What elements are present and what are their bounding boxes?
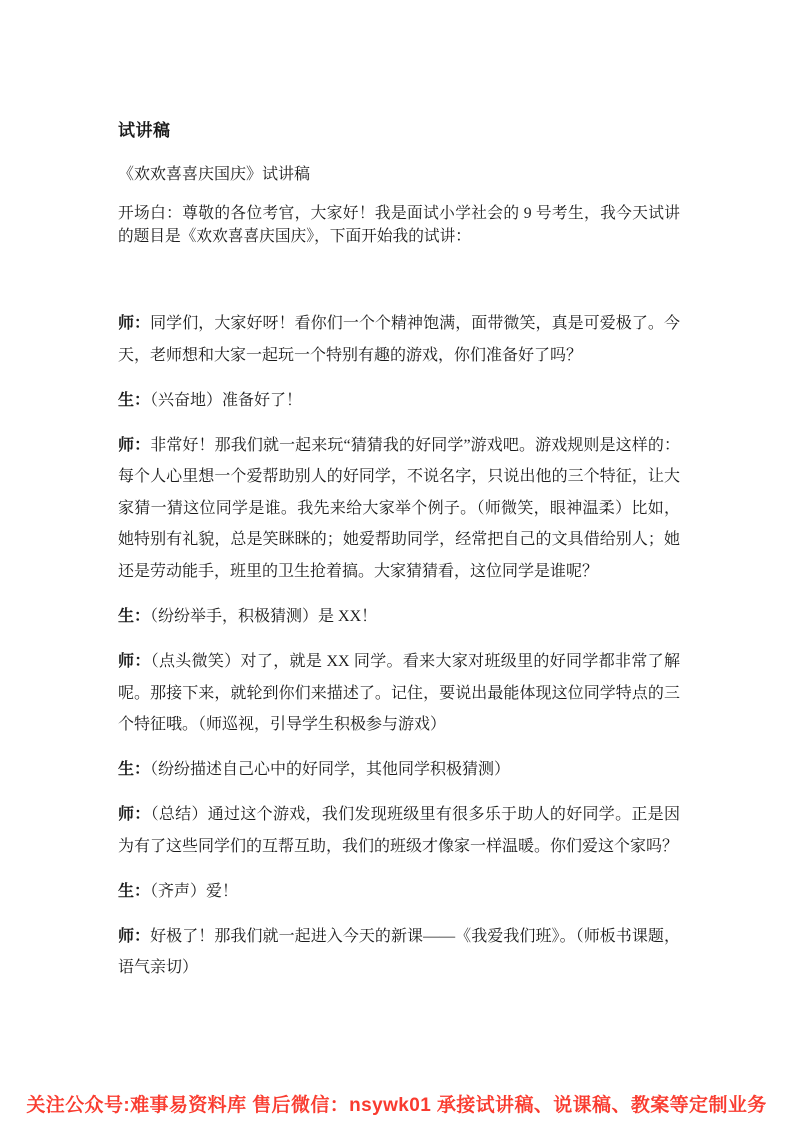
dialog-text: （齐声）爱！ — [150, 883, 238, 900]
speaker-label: 师： — [118, 437, 150, 454]
dialog-row: 师：好极了！那我们就一起进入今天的新课——《我爱我们班》。（师板书课题，语气亲切… — [118, 921, 680, 984]
dialog-text: （总结）通过这个游戏，我们发现班级里有很多乐于助人的好同学。正是因为有了这些同学… — [118, 806, 680, 855]
doc-heading: 试讲稿 — [118, 120, 680, 142]
footer-banner: 关注公众号:难事易资料库 售后微信：nsywk01 承接试讲稿、说课稿、教案等定… — [0, 1090, 793, 1117]
dialog-row: 师：非常好！那我们就一起来玩“猜猜我的好同学”游戏吧。游戏规则是这样的：每个人心… — [118, 430, 680, 588]
dialog-row: 生：（齐声）爱！ — [118, 876, 680, 908]
dialog-row: 生：（兴奋地）准备好了！ — [118, 385, 680, 417]
speaker-label: 生： — [118, 761, 150, 778]
dialog-row: 师：（总结）通过这个游戏，我们发现班级里有很多乐于助人的好同学。正是因为有了这些… — [118, 799, 680, 862]
dialog-text: （纷纷描述自己心中的好同学，其他同学积极猜测） — [150, 761, 510, 778]
dialog-text: 非常好！那我们就一起来玩“猜猜我的好同学”游戏吧。游戏规则是这样的：每个人心里想… — [118, 437, 680, 580]
footer-text: 关注公众号:难事易资料库 售后微信：nsywk01 承接试讲稿、说课稿、教案等定… — [26, 1095, 766, 1116]
speaker-label: 生： — [118, 608, 150, 625]
speaker-label: 师： — [118, 806, 151, 823]
dialog-text: （点头微笑）对了，就是 XX 同学。看来大家对班级里的好同学都非常了解呢。那接下… — [118, 653, 680, 733]
opening-paragraph: 开场白：尊敬的各位考官，大家好！我是面试小学社会的 9 号考生，我今天试讲的题目… — [118, 203, 680, 248]
dialog-row: 师：（点头微笑）对了，就是 XX 同学。看来大家对班级里的好同学都非常了解呢。那… — [118, 646, 680, 741]
dialog-row: 生：（纷纷举手，积极猜测）是 XX！ — [118, 601, 680, 633]
speaker-label: 师： — [118, 928, 150, 945]
document-content: 试讲稿 《欢欢喜喜庆国庆》试讲稿 开场白：尊敬的各位考官，大家好！我是面试小学社… — [0, 0, 793, 984]
speaker-label: 生： — [118, 392, 150, 409]
speaker-label: 师： — [118, 653, 151, 670]
dialog-text: （兴奋地）准备好了！ — [150, 392, 302, 409]
dialog-text: （纷纷举手，积极猜测）是 XX！ — [150, 608, 377, 625]
speaker-label: 生： — [118, 883, 150, 900]
dialog-row: 生：（纷纷描述自己心中的好同学，其他同学积极猜测） — [118, 754, 680, 786]
dialog-row: 师：同学们，大家好呀！看你们一个个精神饱满，面带微笑，真是可爱极了。今天，老师想… — [118, 308, 680, 371]
dialog-text: 同学们，大家好呀！看你们一个个精神饱满，面带微笑，真是可爱极了。今天，老师想和大… — [118, 315, 680, 364]
speaker-label: 师： — [118, 315, 150, 332]
dialog-text: 好极了！那我们就一起进入今天的新课——《我爱我们班》。（师板书课题，语气亲切） — [118, 928, 680, 977]
document-page: 试讲稿 《欢欢喜喜庆国庆》试讲稿 开场白：尊敬的各位考官，大家好！我是面试小学社… — [0, 0, 793, 1122]
dialog-list: 师：同学们，大家好呀！看你们一个个精神饱满，面带微笑，真是可爱极了。今天，老师想… — [118, 308, 680, 984]
doc-subtitle: 《欢欢喜喜庆国庆》试讲稿 — [118, 164, 680, 186]
